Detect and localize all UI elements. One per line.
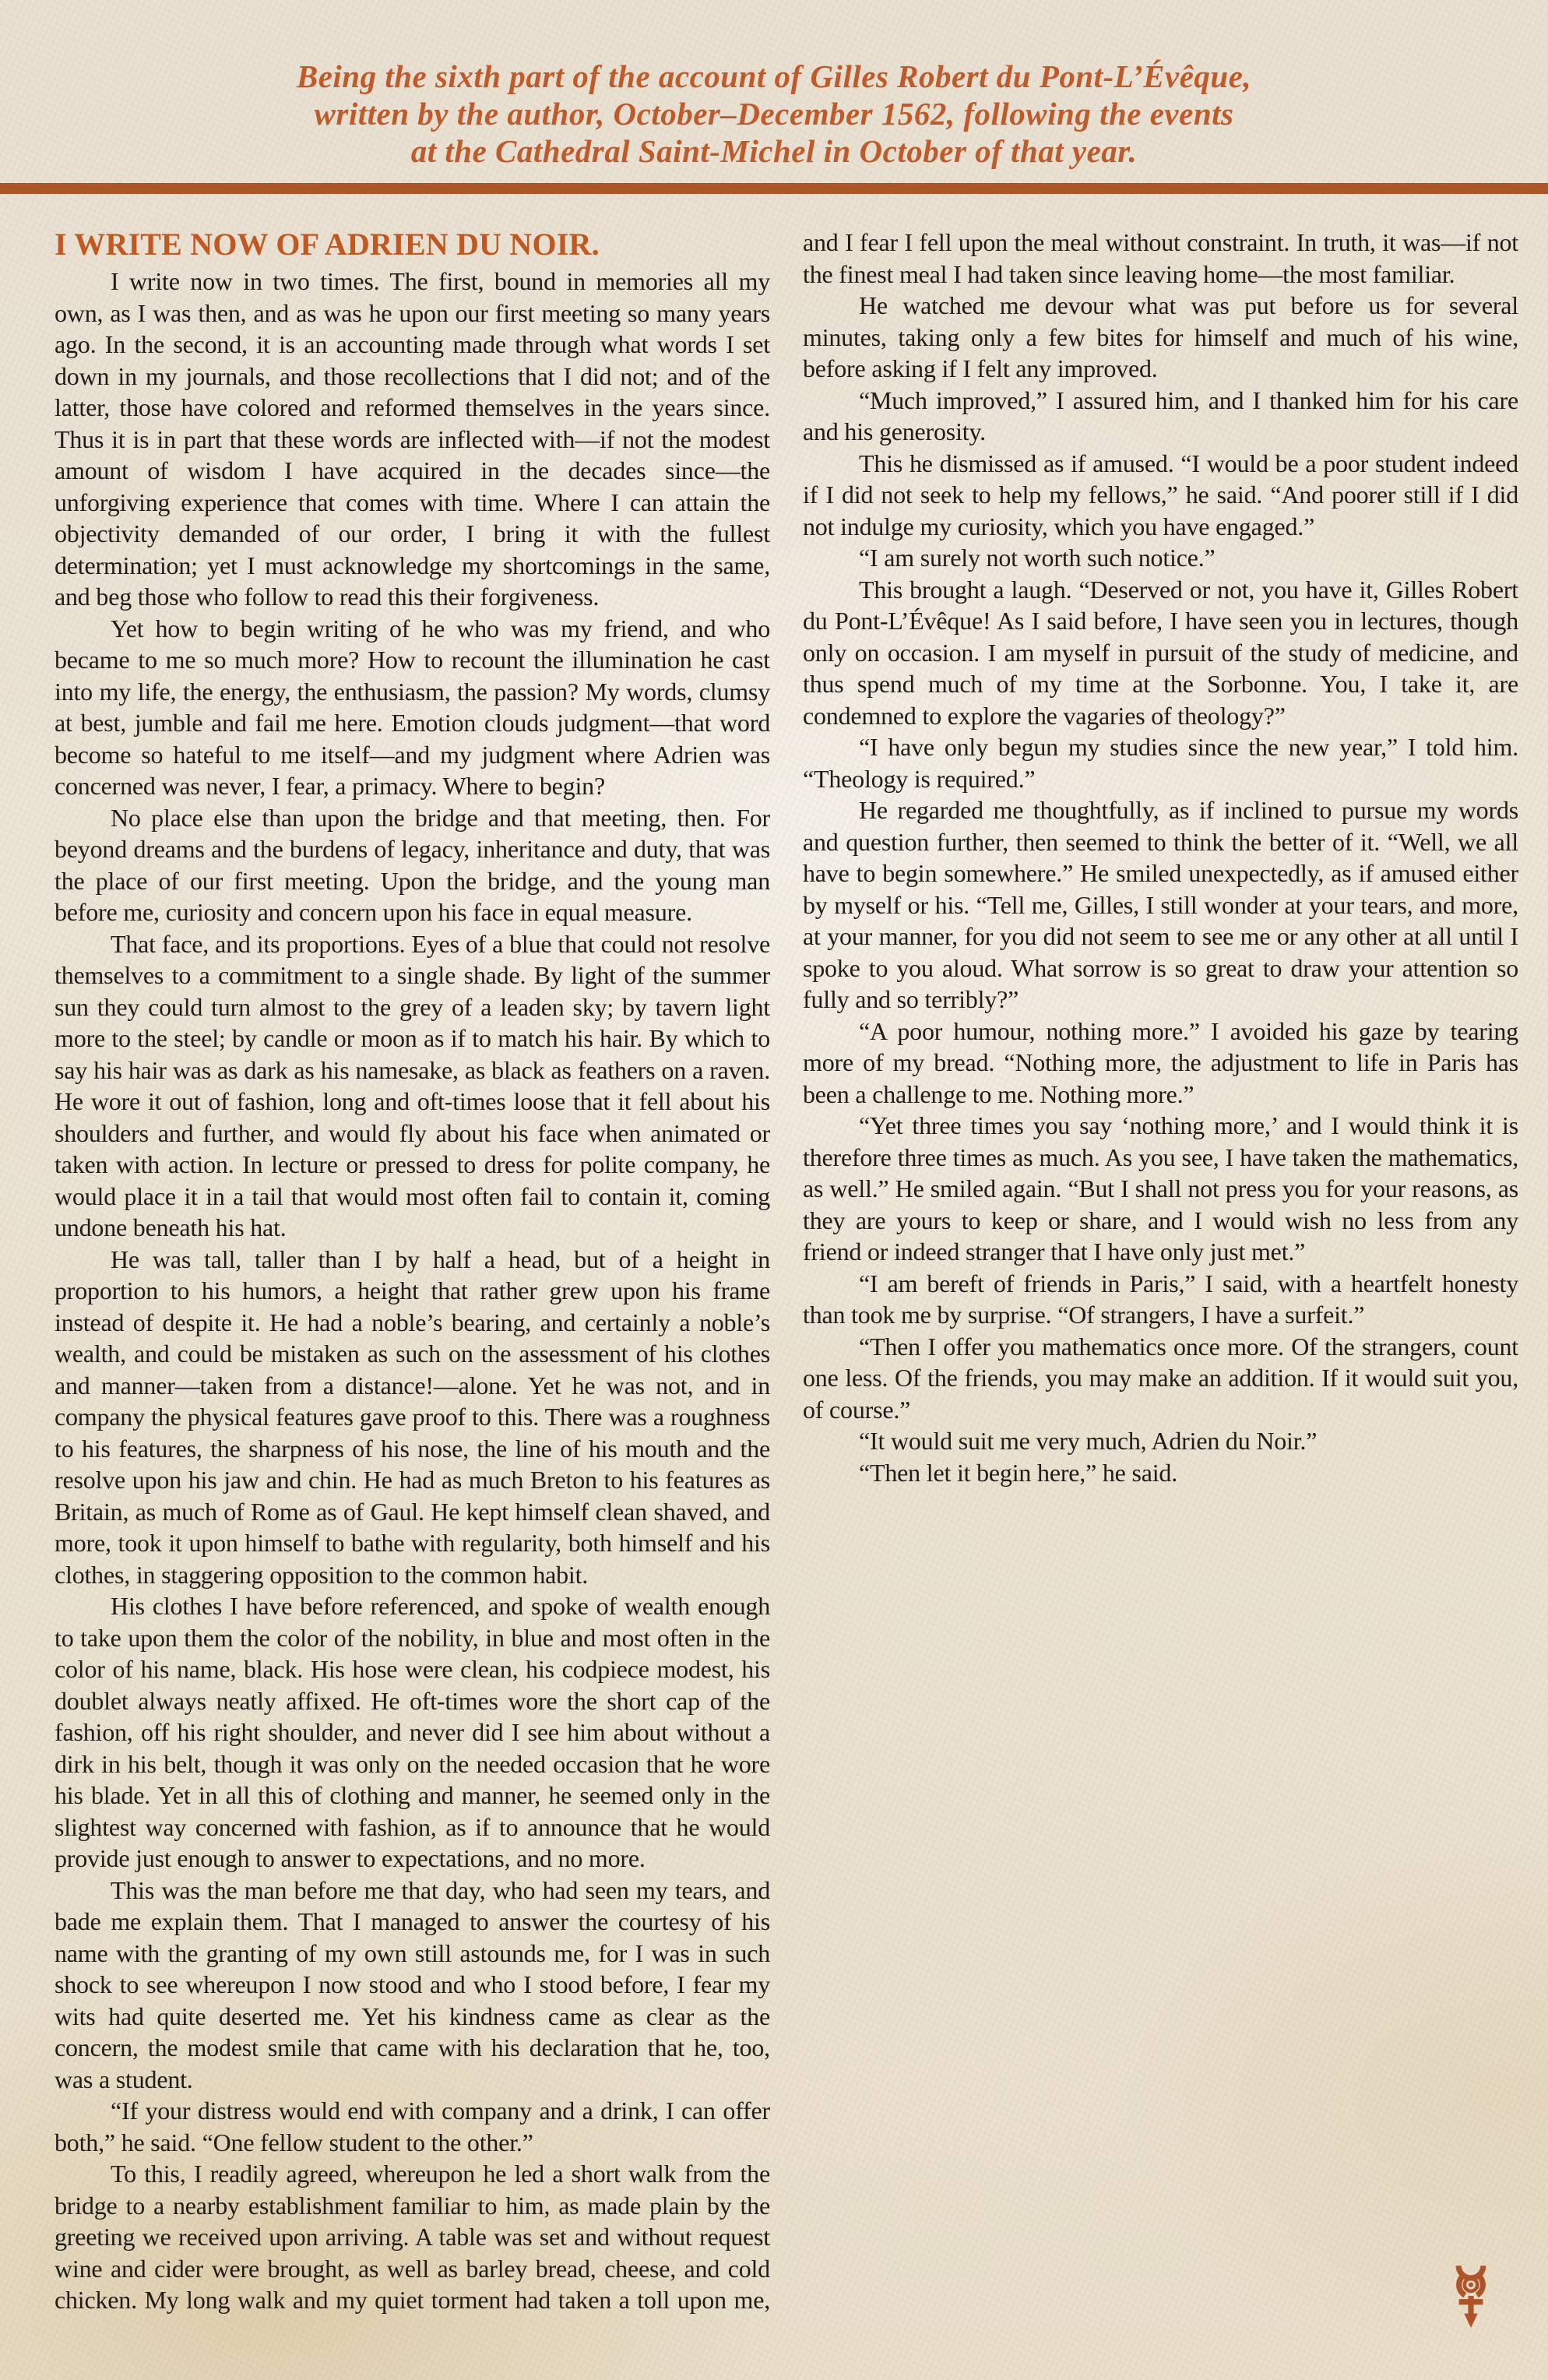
paragraph: “Yet three times you say ‘nothing more,’… bbox=[803, 1110, 1518, 1268]
paragraph: “Much improved,” I assured him, and I th… bbox=[803, 385, 1518, 448]
paragraph: I write now in two times. The first, bou… bbox=[55, 266, 770, 613]
article-body: I WRITE NOW OF ADRIEN DU NOIR. I write n… bbox=[55, 227, 1518, 2339]
paragraph: Yet how to begin writing of he who was m… bbox=[55, 613, 770, 802]
paragraph: No place else than upon the bridge and t… bbox=[55, 802, 770, 928]
masthead-line-2: written by the author, October–December … bbox=[0, 95, 1548, 132]
paragraph: His clothes I have before referenced, an… bbox=[55, 1590, 770, 1875]
paragraph: “Then let it begin here,” he said. bbox=[803, 1457, 1518, 1489]
paragraph: He regarded me thoughtfully, as if incli… bbox=[803, 794, 1518, 1016]
paragraph: This he dismissed as if amused. “I would… bbox=[803, 448, 1518, 543]
paragraph: He was tall, taller than I by half a hea… bbox=[55, 1244, 770, 1591]
paragraph: “I am surely not worth such notice.” bbox=[803, 542, 1518, 574]
paragraph: “It would suit me very much, Adrien du N… bbox=[803, 1425, 1518, 1457]
paragraph: This was the man before me that day, who… bbox=[55, 1875, 770, 2096]
paragraph-list: I write now in two times. The first, bou… bbox=[55, 227, 1518, 2339]
paragraph: “I am bereft of friends in Paris,” I sai… bbox=[803, 1268, 1518, 1331]
end-of-section-sigil-icon bbox=[1451, 2259, 1490, 2329]
paragraph: He watched me devour what was put before… bbox=[803, 290, 1518, 385]
masthead-line-1: Being the sixth part of the account of G… bbox=[0, 58, 1548, 95]
section-heading: I WRITE NOW OF ADRIEN DU NOIR. bbox=[55, 227, 770, 262]
masthead-line-3: at the Cathedral Saint-Michel in October… bbox=[0, 132, 1548, 170]
paragraph: “A poor humour, nothing more.” I avoided… bbox=[803, 1016, 1518, 1111]
masthead: Being the sixth part of the account of G… bbox=[0, 0, 1548, 170]
sigil-eye-pupil bbox=[1469, 2283, 1473, 2287]
paragraph: “If your distress would end with company… bbox=[55, 2095, 770, 2158]
horizontal-rule bbox=[0, 183, 1548, 194]
sigil-arrowhead bbox=[1464, 2314, 1477, 2328]
paragraph: That face, and its proportions. Eyes of … bbox=[55, 928, 770, 1244]
paragraph: “I have only begun my studies since the … bbox=[803, 731, 1518, 794]
paragraph: This brought a laugh. “Deserved or not, … bbox=[803, 574, 1518, 732]
paragraph: “Then I offer you mathematics once more.… bbox=[803, 1331, 1518, 1426]
manuscript-page: Being the sixth part of the account of G… bbox=[0, 0, 1548, 2380]
